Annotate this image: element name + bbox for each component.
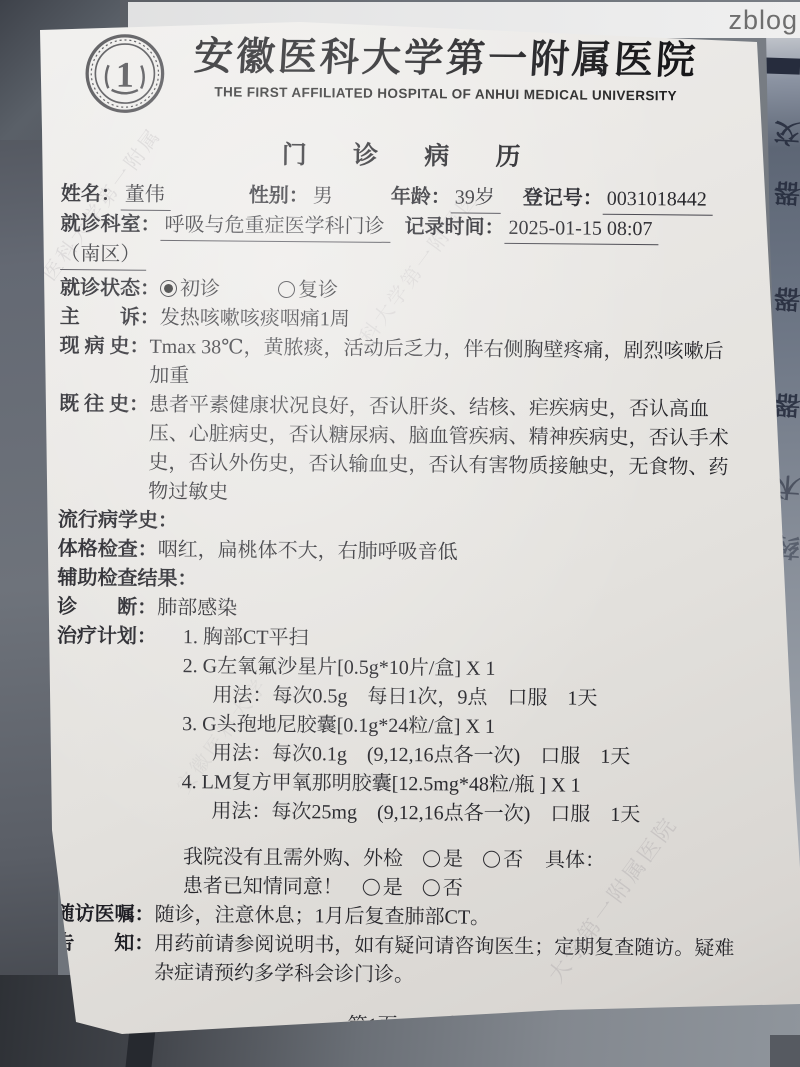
radio-yes-icon xyxy=(423,850,440,867)
reg-no-label: 登记号： xyxy=(523,184,603,214)
department-branch: （南区） xyxy=(60,240,146,271)
present-illness-text: Tmax 38℃，黄脓痰，活动后乏力，伴右侧胸壁疼痛，剧烈咳嗽后加重 xyxy=(149,333,739,396)
record-time-value: 2025-01-15 08:07 xyxy=(504,214,658,245)
visit-status-label: 就诊状态： xyxy=(60,274,160,304)
medical-record-document: 医科大学第一附属 科大学第一附属医 大学第一附属医院 安徽医科大学 1 安徽医科… xyxy=(0,0,800,1044)
no-label: 否 xyxy=(503,846,523,875)
visit-info-row: 就诊科室：呼吸与危重症医学科门诊 记录时间：2025-01-15 08:07 xyxy=(60,210,740,246)
age-label: 年龄： xyxy=(391,183,451,213)
navy-bar xyxy=(762,57,800,74)
followup-label: 随访医嘱： xyxy=(54,900,154,930)
informed-consent-text: 患者已知情同意！ xyxy=(183,872,343,902)
specific-label: 具体： xyxy=(545,846,605,876)
yes-label: 是 xyxy=(383,874,403,903)
photo-of-medical-record: 交 器 器 器 术 药 zblog 医科大学第一附属 科大学第一附属医 大学第一… xyxy=(0,0,800,1067)
zblog-watermark-text: zblog xyxy=(728,5,800,36)
department-label: 就诊科室： xyxy=(60,210,160,240)
upside-down-character: 器 xyxy=(773,281,800,320)
treatment-plan-items: 1. 胸部CT平扫 2. G左氧氟沙星片[0.5g*10片/盒] X 1 用法：… xyxy=(155,623,737,831)
auxiliary-exam-text xyxy=(197,585,737,590)
letterhead: 1 安徽医科大学第一附属医院 THE FIRST AFFILIATED HOSP… xyxy=(61,30,742,130)
radio-yes-icon xyxy=(363,879,380,896)
background-step xyxy=(770,1035,800,1067)
radio-return-visit: 复诊 xyxy=(278,276,338,306)
document-title: 门 诊 病 历 xyxy=(81,139,741,174)
paper-sheet: 医科大学第一附属 科大学第一附属医 大学第一附属医院 安徽医科大学 1 安徽医科… xyxy=(0,0,800,1067)
diagnosis-label: 诊 断： xyxy=(57,593,157,623)
yes-label: 是 xyxy=(443,845,463,874)
notice-label: 告 知： xyxy=(54,929,154,959)
auxiliary-exam-label: 辅助检查结果： xyxy=(57,564,197,594)
department-branch-row: （南区） xyxy=(60,240,740,276)
upside-down-character: 交 xyxy=(773,115,800,154)
chief-complaint-label: 主 诉： xyxy=(60,303,160,333)
treatment-plan-row: 治疗计划： 1. 胸部CT平扫 2. G左氧氟沙星片[0.5g*10片/盒] X… xyxy=(55,622,737,831)
notice-row: 告 知： 用药前请参阅说明书，如有疑问请咨询医生；定期复查随访。疑难杂症请预约多… xyxy=(54,929,734,993)
radio-unselected-icon xyxy=(278,281,295,298)
radio-first-visit: 初诊 xyxy=(160,275,220,305)
present-illness-label: 现 病 史： xyxy=(59,332,149,362)
no-label: 否 xyxy=(443,874,463,903)
treatment-plan-label: 治疗计划： xyxy=(57,622,157,652)
epidemiology-label: 流行病学史： xyxy=(58,506,178,536)
present-illness-row: 现 病 史： Tmax 38℃，黄脓痰，活动后乏力，伴右侧胸壁疼痛，剧烈咳嗽后加… xyxy=(59,332,739,396)
past-history-label: 既 往 史： xyxy=(59,390,149,420)
record-time-label: 记录时间： xyxy=(404,213,504,243)
past-history-text: 患者平素健康状况良好，否认肝炎、结核、疟疾病史，否认高血压、心脏病史，否认糖尿病… xyxy=(148,391,739,512)
patient-reg-no: 0031018442 xyxy=(603,185,713,216)
patient-name: 董伟 xyxy=(121,181,171,211)
epidemiology-text xyxy=(178,527,738,532)
past-history-row: 既 往 史： 患者平素健康状况良好，否认肝炎、结核、疟疾病史，否认高血压、心脏病… xyxy=(58,390,739,512)
physical-exam-text: 咽红，扁桃体不大，右肺呼吸音低 xyxy=(158,536,738,570)
radio-selected-icon xyxy=(160,280,177,297)
radio-no-icon xyxy=(483,851,500,868)
notice-text: 用药前请参阅说明书，如有疑问请咨询医生；定期复查随访。疑难杂症请预约多学科会诊门… xyxy=(154,930,734,993)
patient-gender: 男 xyxy=(309,182,339,211)
gender-label: 性别： xyxy=(249,182,309,212)
external-purchase-text: 我院没有且需外购、外检 xyxy=(183,843,403,874)
department-value: 呼吸与危重症医学科门诊 xyxy=(160,211,390,243)
name-label: 姓名： xyxy=(61,180,121,210)
physical-exam-label: 体格检查： xyxy=(58,535,158,565)
hospital-name-chinese: 安徽医科大学第一附属医院 xyxy=(60,30,743,88)
upside-down-character: 器 xyxy=(773,175,800,214)
plan-usage: 用法：每次25mg (9,12,16点各一次) 口服 1天 xyxy=(155,797,735,831)
radio-no-icon xyxy=(423,879,440,896)
patient-age: 39岁 xyxy=(451,183,501,213)
